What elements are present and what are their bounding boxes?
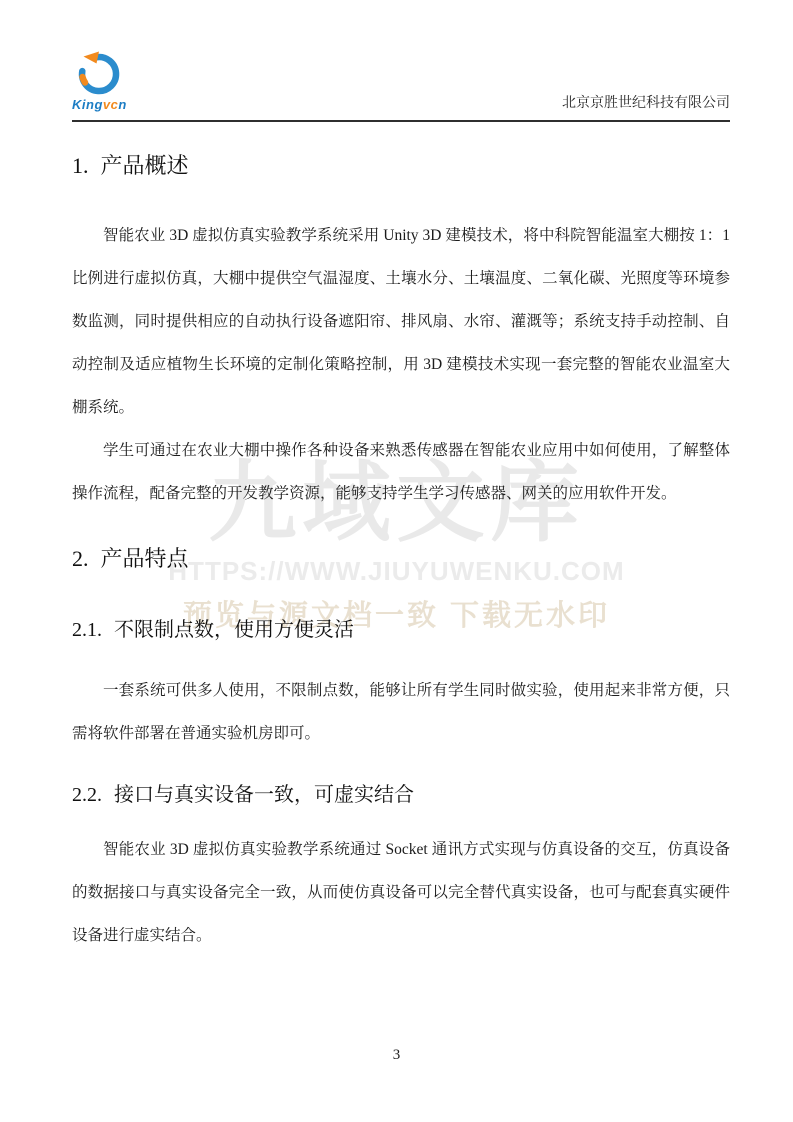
paragraph-unlimited-points: 一套系统可供多人使用，不限制点数，能够让所有学生同时做实验，使用起来非常方便，只… bbox=[72, 669, 730, 755]
kingvcn-brand-text: Kingvcn bbox=[72, 97, 127, 112]
section-heading-product-features: 2.产品特点 bbox=[72, 545, 730, 573]
section-heading-interface-consistency: 2.2.接口与真实设备一致，可虚实结合 bbox=[72, 782, 730, 808]
page-header: Kingvcn 北京京胜世纪科技有限公司 bbox=[72, 0, 730, 122]
document-page: 九域文库 HTTPS://WWW.JIUYUWENKU.COM 预览与源文档一致… bbox=[0, 0, 793, 1122]
kingvcn-logo: Kingvcn bbox=[72, 50, 127, 112]
section-heading-product-overview: 1.产品概述 bbox=[72, 152, 730, 180]
paragraph-overview-2: 学生可通过在农业大棚中操作各种设备来熟悉传感器在智能农业应用中如何使用，了解整体… bbox=[72, 429, 730, 515]
section-heading-unlimited-points: 2.1.不限制点数，使用方便灵活 bbox=[72, 617, 730, 643]
company-name: 北京京胜世纪科技有限公司 bbox=[562, 92, 730, 112]
section-number: 1. bbox=[72, 153, 89, 178]
brand-part-vc: vc bbox=[103, 97, 118, 112]
paragraph-interface-consistency: 智能农业 3D 虚拟仿真实验教学系统通过 Socket 通讯方式实现与仿真设备的… bbox=[72, 828, 730, 957]
brand-part-king: King bbox=[72, 97, 103, 112]
section-title: 接口与真实设备一致，可虚实结合 bbox=[114, 784, 414, 806]
section-number: 2.2. bbox=[72, 784, 102, 806]
section-number: 2. bbox=[72, 546, 89, 571]
brand-part-n: n bbox=[118, 97, 126, 112]
circular-arrow-logo-icon bbox=[76, 50, 122, 96]
paragraph-overview-1: 智能农业 3D 虚拟仿真实验教学系统采用 Unity 3D 建模技术，将中科院智… bbox=[72, 214, 730, 429]
section-number: 2.1. bbox=[72, 619, 102, 641]
section-title: 产品概述 bbox=[101, 153, 189, 178]
section-title: 不限制点数，使用方便灵活 bbox=[114, 619, 354, 641]
page-number: 3 bbox=[0, 1047, 793, 1064]
document-content: Kingvcn 北京京胜世纪科技有限公司 1.产品概述 智能农业 3D 虚拟仿真… bbox=[0, 0, 793, 957]
section-title: 产品特点 bbox=[101, 546, 189, 571]
